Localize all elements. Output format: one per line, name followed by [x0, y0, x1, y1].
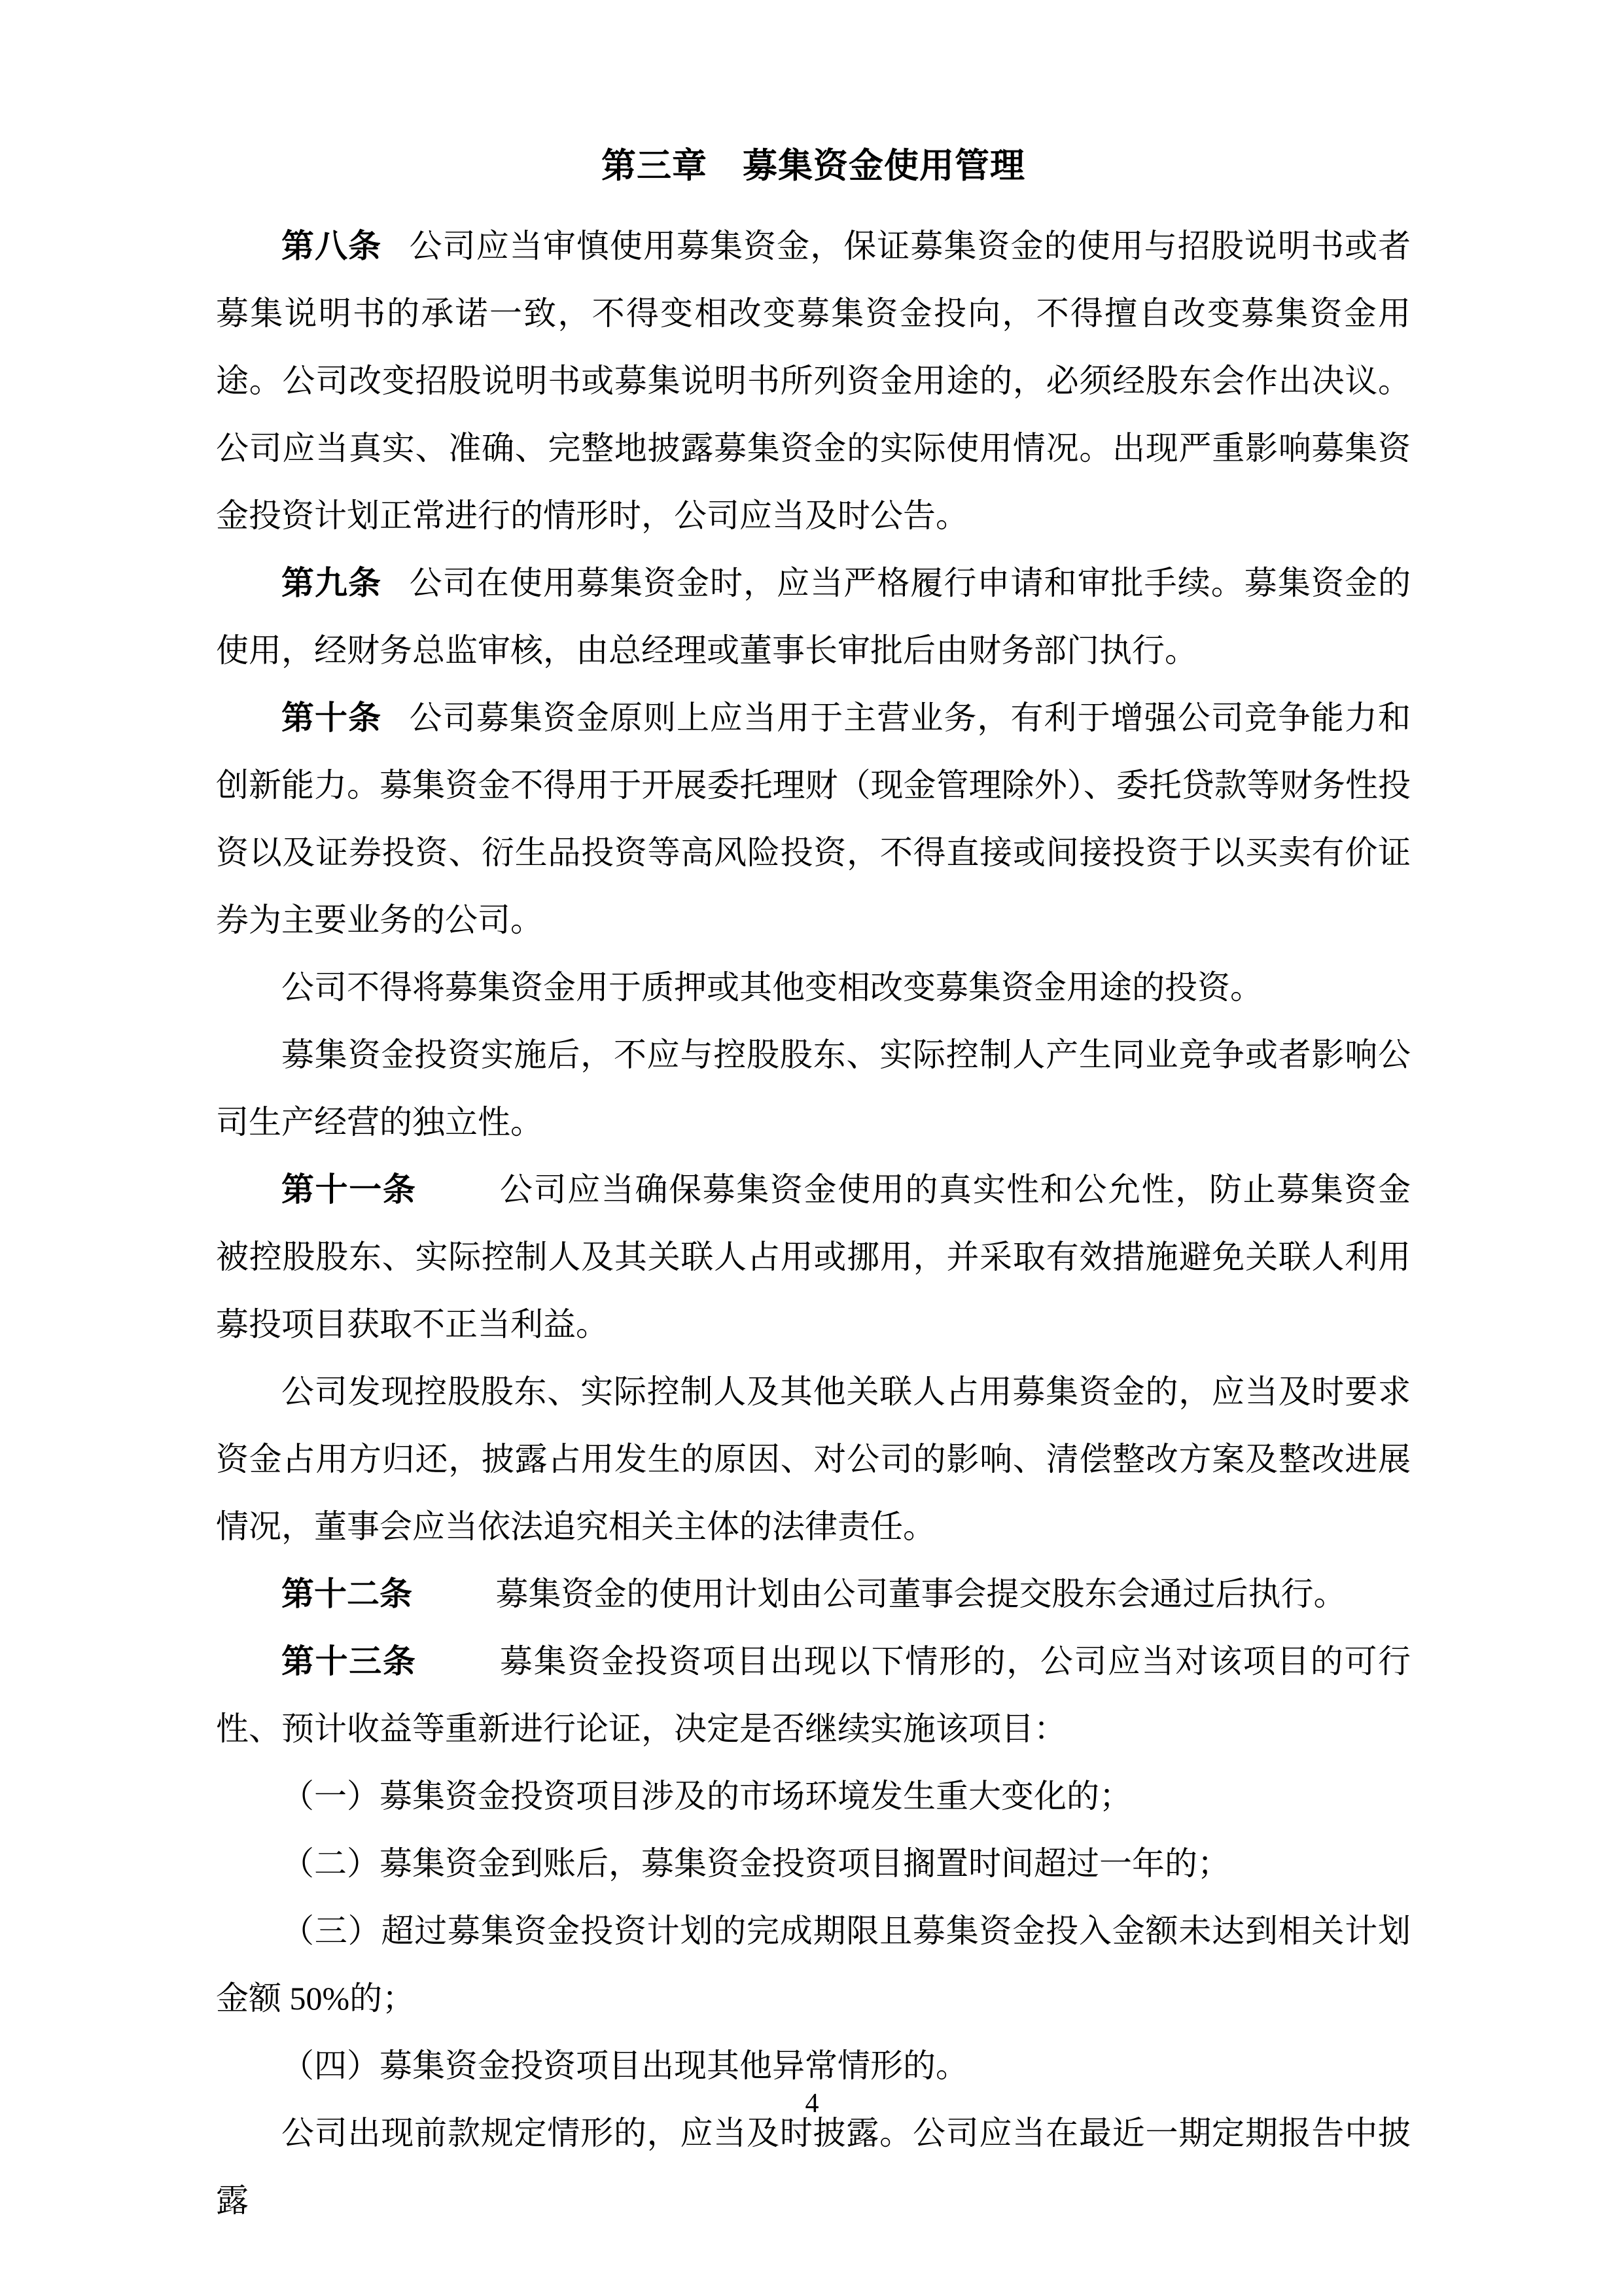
paragraph-text: （四）募集资金投资项目出现其他异常情形的。 — [281, 2047, 968, 2084]
paragraph-text: 公司出现前款规定情形的，应当及时披露。公司应当在最近一期定期报告中披露 — [216, 2115, 1411, 2219]
paragraph-text: （一）募集资金投资项目涉及的市场环境发生重大变化的； — [281, 1778, 1132, 1814]
paragraph-text: 公司不得将募集资金用于质押或其他变相改变募集资金用途的投资。 — [281, 969, 1263, 1006]
article-number: 第九条 — [281, 565, 381, 601]
paragraph-text: （二）募集资金到账后，募集资金投资项目搁置时间超过一年的； — [281, 1845, 1230, 1882]
paragraph: 公司发现控股股东、实际控制人及其他关联人占用募集资金的，应当及时要求资金占用方归… — [216, 1358, 1411, 1561]
article-number: 第十一条 — [281, 1171, 416, 1208]
article-number: 第八条 — [281, 228, 381, 264]
paragraph-text: （三）超过募集资金投资计划的完成期限且募集资金投入金额未达到相关计划金额 50%… — [216, 1913, 1411, 2017]
list-item-2: （二）募集资金到账后，募集资金投资项目搁置时间超过一年的； — [216, 1830, 1411, 1898]
paragraph-article-11: 第十一条公司应当确保募集资金使用的真实性和公允性，防止募集资金被控股股东、实际控… — [216, 1156, 1411, 1358]
paragraph-article-13: 第十三条募集资金投资项目出现以下情形的，公司应当对该项目的可行性、预计收益等重新… — [216, 1628, 1411, 1763]
paragraph-text: 公司在使用募集资金时，应当严格履行申请和审批手续。募集资金的使用，经财务总监审核… — [216, 565, 1411, 669]
document-page: 第三章 募集资金使用管理 第八条公司应当审慎使用募集资金，保证募集资金的使用与招… — [0, 0, 1624, 2296]
article-number: 第十三条 — [281, 1643, 416, 1680]
paragraph-article-10: 第十条公司募集资金原则上应当用于主营业务，有利于增强公司竞争能力和创新能力。募集… — [216, 684, 1411, 954]
list-item-3: （三）超过募集资金投资计划的完成期限且募集资金投入金额未达到相关计划金额 50%… — [216, 1898, 1411, 2032]
paragraph-text: 募集资金投资实施后，不应与控股股东、实际控制人产生同业竞争或者影响公司生产经营的… — [216, 1036, 1411, 1140]
paragraph: 公司不得将募集资金用于质押或其他变相改变募集资金用途的投资。 — [216, 954, 1411, 1021]
paragraph-text: 募集资金的使用计划由公司董事会提交股东会通过后执行。 — [496, 1576, 1347, 1612]
chapter-title: 第三章 募集资金使用管理 — [216, 133, 1411, 200]
article-number: 第十二条 — [281, 1576, 412, 1612]
paragraph-article-12: 第十二条募集资金的使用计划由公司董事会提交股东会通过后执行。 — [216, 1561, 1411, 1628]
paragraph: 募集资金投资实施后，不应与控股股东、实际控制人产生同业竞争或者影响公司生产经营的… — [216, 1021, 1411, 1156]
paragraph-text: 公司发现控股股东、实际控制人及其他关联人占用募集资金的，应当及时要求资金占用方归… — [216, 1373, 1411, 1545]
page-number: 4 — [0, 2084, 1624, 2123]
paragraph-article-8: 第八条公司应当审慎使用募集资金，保证募集资金的使用与招股说明书或者募集说明书的承… — [216, 213, 1411, 550]
document-body: 第三章 募集资金使用管理 第八条公司应当审慎使用募集资金，保证募集资金的使用与招… — [216, 133, 1411, 2234]
paragraph-article-9: 第九条公司在使用募集资金时，应当严格履行申请和审批手续。募集资金的使用，经财务总… — [216, 550, 1411, 684]
article-number: 第十条 — [281, 699, 381, 736]
list-item-1: （一）募集资金投资项目涉及的市场环境发生重大变化的； — [216, 1763, 1411, 1830]
paragraph-text: 公司应当审慎使用募集资金，保证募集资金的使用与招股说明书或者募集说明书的承诺一致… — [216, 228, 1411, 534]
paragraph-text: 公司募集资金原则上应当用于主营业务，有利于增强公司竞争能力和创新能力。募集资金不… — [216, 699, 1411, 938]
